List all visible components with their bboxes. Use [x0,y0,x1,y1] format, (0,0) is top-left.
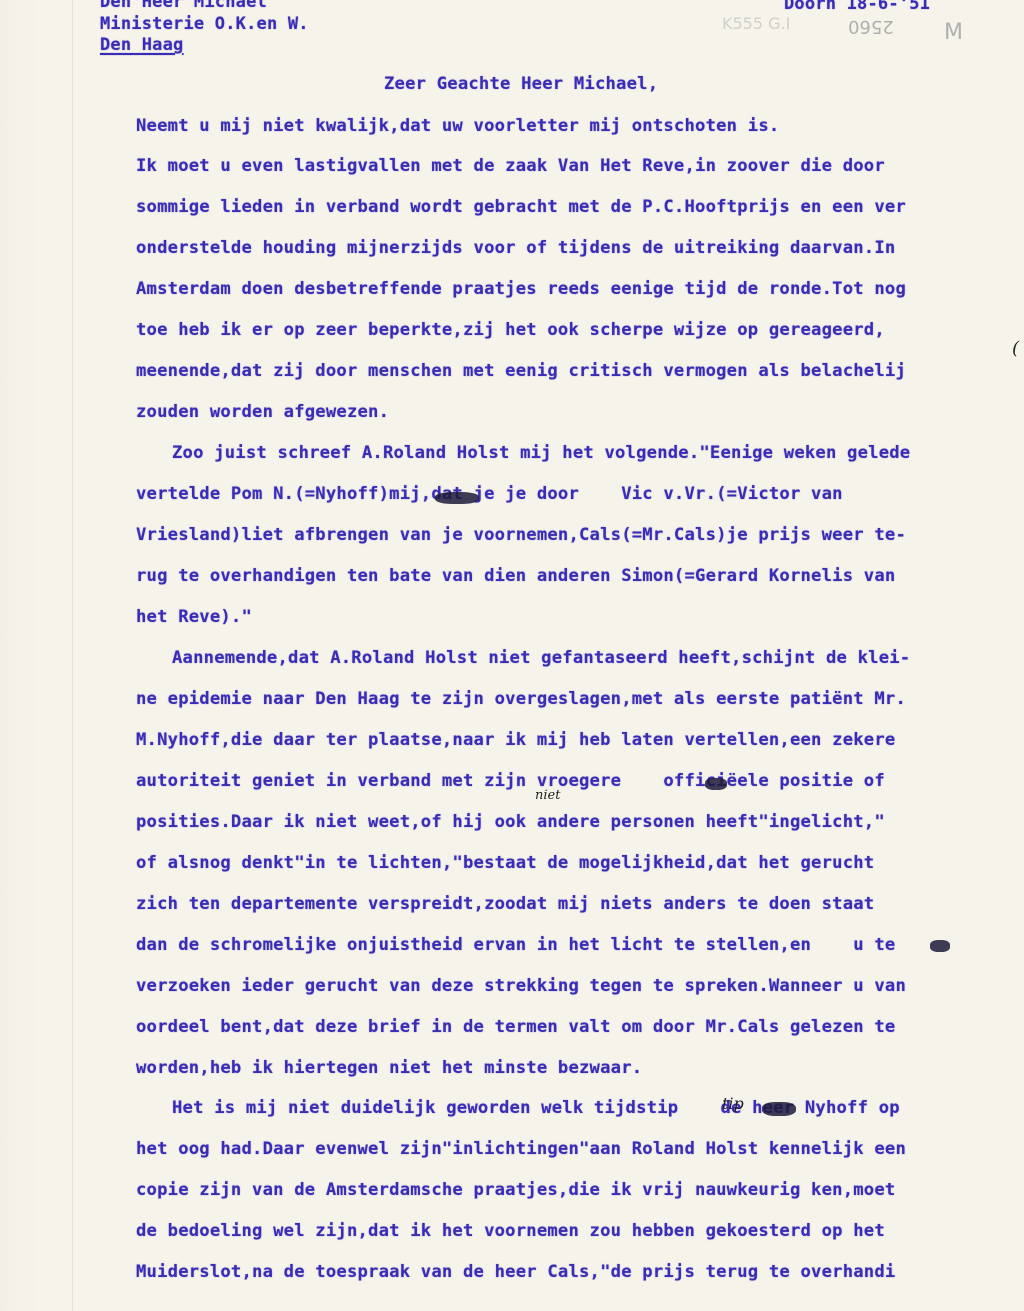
handwritten-insert-niet: niet [535,788,560,803]
letter-line: Ik moet u even lastigvallen met de zaak … [136,158,885,175]
letter-line: posities.Daar ik niet weet,of hij ook an… [136,814,885,831]
letter-line: verzoeken ieder gerucht van deze strekki… [136,978,906,995]
strikeout-blot [435,492,479,504]
address-line-2: Ministerie O.K.en W. [100,16,309,33]
letter-line: Amsterdam doen desbetreffende praatjes r… [136,281,906,298]
letter-line: rug te overhandigen ten bate van dien an… [136,568,895,585]
letter-line: autoriteit geniet in verband met zijn vr… [136,773,885,790]
address-line-1: Den Heer Michael [100,0,267,11]
salutation: Zeer Geachte Heer Michael, [384,76,658,93]
letter-line: Zoo juist schreef A.Roland Holst mij het… [172,445,910,462]
letter-line: oordeel bent,dat deze brief in de termen… [136,1019,895,1036]
handwritten-insert-tip: tip [722,1094,744,1113]
letter-line: Muiderslot,na de toespraak van de heer C… [136,1264,895,1281]
faint-reference-mark: K555 G.I [722,14,790,33]
letter-line: zouden worden afgewezen. [136,404,389,421]
letter-line: zich ten departemente verspreidt,zoodat … [136,896,874,913]
letter-line: of alsnog denkt"in te lichten,"bestaat d… [136,855,874,872]
letter-line: het Reve)." [136,609,252,626]
paper-fold-line [72,0,73,1311]
strikeout-blot [705,778,727,790]
archive-number: 2560 [848,16,894,37]
margin-mark: ( [1012,338,1019,359]
address-line-3: Den Haag [100,37,183,54]
letter-line: copie zijn van de Amsterdamsche praatjes… [136,1182,895,1199]
letter-line: toe heb ik er op zeer beperkte,zij het o… [136,322,885,339]
letter-line: ne epidemie naar Den Haag te zijn overge… [136,691,906,708]
archive-initial: M [944,20,963,45]
letter-line: Vriesland)liet afbrengen van je voorneme… [136,527,906,544]
letter-line: Aannemende,dat A.Roland Holst niet gefan… [172,650,910,667]
letter-line: worden,heb ik hiertegen niet het minste … [136,1060,642,1077]
letter-date: Doorn 18-6-'51 [784,0,930,13]
letter-line: sommige lieden in verband wordt gebracht… [136,199,906,216]
strikeout-blot [762,1102,796,1116]
letter-line: het oog had.Daar evenwel zijn"inlichting… [136,1141,906,1158]
letter-line: de bedoeling wel zijn,dat ik het voornem… [136,1223,885,1240]
strikeout-blot [930,940,950,952]
letter-line: onderstelde houding mijnerzijds voor of … [136,240,895,257]
letter-line: Neemt u mij niet kwalijk,dat uw voorlett… [136,118,779,135]
letter-line: vertelde Pom N.(=Nyhoff)mij,dat je je do… [136,486,843,503]
letter-line: M.Nyhoff,die daar ter plaatse,naar ik mi… [136,732,895,749]
letter-line: dan de schromelijke onjuistheid ervan in… [136,937,895,954]
letter-line: meenende,dat zij door menschen met eenig… [136,363,906,380]
